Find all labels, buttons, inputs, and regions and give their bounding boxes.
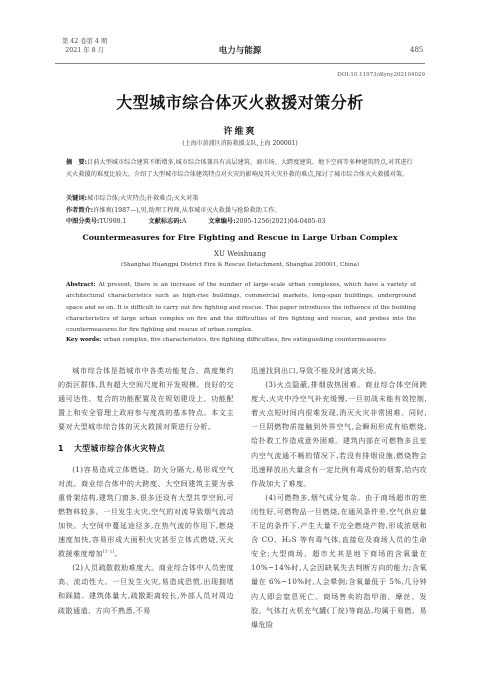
header-rule [55, 63, 425, 64]
en-author: XU Weishuang [0, 250, 480, 258]
affiliation: (上海市黄浦区消防救援支队,上海 200001) [0, 138, 480, 147]
cn-abstract: 摘 要:目前大型城市综合建筑不断增多,城市综合体兼具有高层建筑、商市场、大跨度建… [66, 157, 416, 180]
en-affiliation: (Shanghai Huangpu District Fire & Rescue… [0, 262, 480, 268]
page-number: 485 [410, 46, 423, 54]
body-column-right: 迅速找到出口,导致不能及时逃离火场。 (3)火点隐蔽,排烟放热困难。商业综合体空… [251, 364, 427, 632]
classification: 中图分类号:TU998.1文献标志码:A文章编号:2095-1256(2021)… [66, 216, 416, 228]
section-heading: 1大型城市综合体火灾特点 [58, 442, 234, 456]
paragraph-2-continued: 迅速找到出口,导致不能及时逃离火场。 [251, 364, 427, 378]
cn-keywords: 关键词:城市综合体;火灾特点;扑救难点;灭火对策 [66, 193, 416, 205]
en-abstract-label: Abstract: [66, 282, 96, 288]
en-abstract-text: At present, there is an increase of the … [66, 282, 416, 333]
en-abstract: Abstract: At present, there is an increa… [66, 280, 416, 336]
paragraph-4: (4)可燃物多,烟气成分复杂。由于商场超市的密闭性好,可燃物品一旦燃烧,在通风条… [251, 491, 427, 632]
intro-paragraph: 城市综合体是指城市中各类功能复合、高度集约的街区群体,具有超大空间尺度和开发规模… [58, 364, 234, 434]
journal-name: 电力与能源 [0, 44, 480, 56]
author: 许维爽 [0, 124, 480, 137]
author-bio: 作者简介:许维爽(1987—),男,助理工程师,从事城市灭火救援与抢险救助工作。 [66, 205, 416, 217]
en-title: Countermeasures for Fire Fighting and Re… [0, 233, 480, 242]
citation: [1-2] [103, 549, 115, 554]
paragraph-2: (2)人员疏散救助难度大。商业综合体中人员密度高、流动性大。一旦发生火灾,易造成… [58, 561, 234, 617]
cn-abstract-label: 摘 要: [66, 159, 87, 166]
cn-abstract-text: 目前大型城市综合建筑不断增多,城市综合体兼具有高层建筑、商市场、大跨度建筑、地下… [66, 159, 413, 178]
body-column-left: 城市综合体是指城市中各类功能复合、高度集约的街区群体,具有超大空间尺度和开发规模… [58, 364, 234, 618]
doi: DOI:10.11973/dlyny202104029 [337, 72, 425, 78]
en-keywords: Key words: urban complex, fire character… [66, 337, 426, 343]
cn-metadata: 关键词:城市综合体;火灾特点;扑救难点;灭火对策 作者简介:许维爽(1987—)… [66, 193, 416, 228]
paragraph-3: (3)火点隐蔽,排烟放热困难。商业综合体空间跨度大,火灾中冷空气补充缓慢,一旦初… [251, 378, 427, 491]
paragraph-1: (1)容易造成立体燃烧。防火分隔大,易形成空气对流。商业综合体中的大跨度、大空间… [58, 463, 234, 562]
paper-title: 大型城市综合体灭火救援对策分析 [0, 90, 480, 113]
